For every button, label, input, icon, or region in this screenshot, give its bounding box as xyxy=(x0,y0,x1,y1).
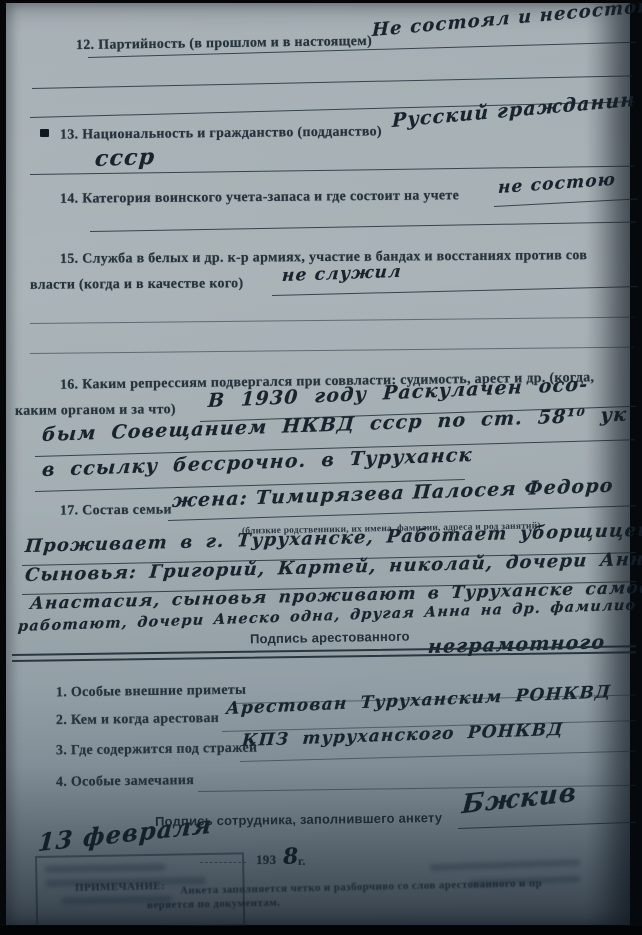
field-16-label-line2: каким органом и за что) xyxy=(15,402,176,420)
photo-edge xyxy=(0,926,642,935)
field-17-label: 17. Состав семьи xyxy=(60,502,172,519)
field-4-label: 4. Особые замечания xyxy=(56,773,194,791)
field-15-label-line2: власти (когда и в качестве кого) xyxy=(30,276,244,293)
date-suffix: г. xyxy=(298,854,306,869)
stamp-ghost-line xyxy=(45,864,165,873)
arrestee-signature-label: Подпись арестованного xyxy=(250,629,410,647)
field-13-label: 13. Национальность и гражданство (поддан… xyxy=(60,124,382,143)
field-15-answer-handwriting: не служил xyxy=(281,262,402,286)
field-3-label: 3. Где содержится под стражей xyxy=(56,741,258,760)
field-13-answer2-handwriting: ссср xyxy=(94,144,156,172)
field-1-label: 1. Особые внешние приметы xyxy=(56,683,246,702)
ink-blot xyxy=(40,129,49,137)
scan-photo: 12. Партийность (в прошлом и в настоящем… xyxy=(0,0,642,935)
date-year-prefix: 193 xyxy=(256,852,276,868)
field-2-label: 2. Кем и когда арестован xyxy=(56,711,219,729)
note-label: ПРИМЕЧАНИЕ: xyxy=(75,880,165,894)
